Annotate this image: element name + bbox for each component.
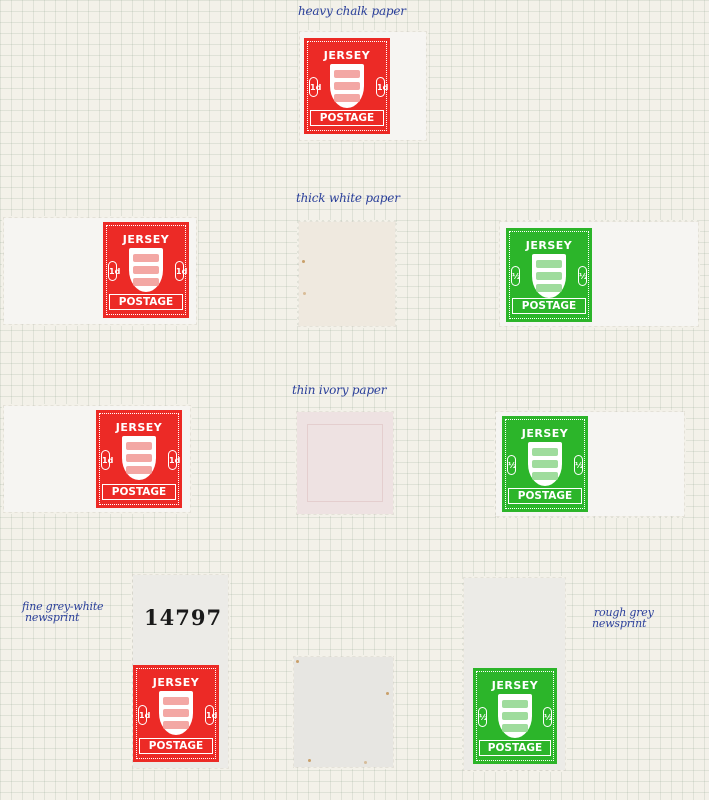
stamp-country: JERSEY xyxy=(506,427,584,440)
stamp-reverse-thick xyxy=(299,222,395,326)
stamp-value: 1d xyxy=(168,450,177,470)
stamp-country: JERSEY xyxy=(477,679,553,692)
annotation-thin-ivory: thin ivory paper xyxy=(292,385,386,396)
coat-of-arms-icon xyxy=(159,691,193,735)
stamp-postage: POSTAGE xyxy=(479,740,551,756)
annotation-fine-grey-newsprint: fine grey-white newsprint xyxy=(22,601,103,623)
stamp-green-halfd-ivory: JERSEY ½ ½ POSTAGE xyxy=(502,416,588,512)
stamp-value: ½ xyxy=(511,266,520,286)
coat-of-arms-icon xyxy=(528,442,562,486)
stamp-country: JERSEY xyxy=(100,421,178,434)
annotation-thick-white: thick white paper xyxy=(296,193,400,204)
stamp-postage: POSTAGE xyxy=(310,110,384,126)
stamp-country: JERSEY xyxy=(137,676,215,689)
annotation-line: newsprint xyxy=(25,612,103,623)
stamp-red-1d-newsprint: JERSEY 1d 1d POSTAGE xyxy=(133,665,219,762)
stamp-postage: POSTAGE xyxy=(109,294,183,310)
annotation-rough-grey-newsprint: rough grey newsprint xyxy=(594,607,654,629)
coat-of-arms-icon xyxy=(532,254,566,298)
stamp-green-halfd-newsprint: JERSEY ½ ½ POSTAGE xyxy=(473,668,557,764)
stamp-country: JERSEY xyxy=(510,239,588,252)
stamp-postage: POSTAGE xyxy=(512,298,586,314)
annotation-heavy-chalk: heavy chalk paper xyxy=(298,6,406,17)
stamp-red-1d-chalk: JERSEY 1d 1d POSTAGE xyxy=(304,38,390,134)
coat-of-arms-icon xyxy=(129,248,163,292)
stamp-country: JERSEY xyxy=(107,233,185,246)
stamp-value: 1d xyxy=(205,705,214,725)
stamp-value: 1d xyxy=(376,77,385,97)
stamp-value: ½ xyxy=(543,707,552,727)
stamp-value: ½ xyxy=(578,266,587,286)
stamp-red-1d-thick: JERSEY 1d 1d POSTAGE xyxy=(103,222,189,318)
stamp-country: JERSEY xyxy=(308,49,386,62)
stamp-red-1d-ivory: JERSEY 1d 1d POSTAGE xyxy=(96,410,182,508)
stamp-postage: POSTAGE xyxy=(102,484,176,500)
annotation-line: newsprint xyxy=(592,618,654,629)
stamp-reverse-newsprint xyxy=(294,657,393,767)
stamp-postage: POSTAGE xyxy=(508,488,582,504)
coat-of-arms-icon xyxy=(122,436,156,480)
stamp-value: ½ xyxy=(507,455,516,475)
stamp-value: 1d xyxy=(175,261,184,281)
stamp-value: 1d xyxy=(108,261,117,281)
stamp-green-halfd-thick: JERSEY ½ ½ POSTAGE xyxy=(506,228,592,322)
coat-of-arms-icon xyxy=(498,694,532,738)
stamp-value: 1d xyxy=(101,450,110,470)
stamp-value: ½ xyxy=(574,455,583,475)
coat-of-arms-icon xyxy=(330,64,364,108)
stamp-value: ½ xyxy=(478,707,487,727)
stamp-postage: POSTAGE xyxy=(139,738,213,754)
stamp-reverse-ivory xyxy=(297,412,393,514)
stamp-value: 1d xyxy=(138,705,147,725)
sheet-number: 14797 xyxy=(144,605,222,630)
stamp-value: 1d xyxy=(309,77,318,97)
